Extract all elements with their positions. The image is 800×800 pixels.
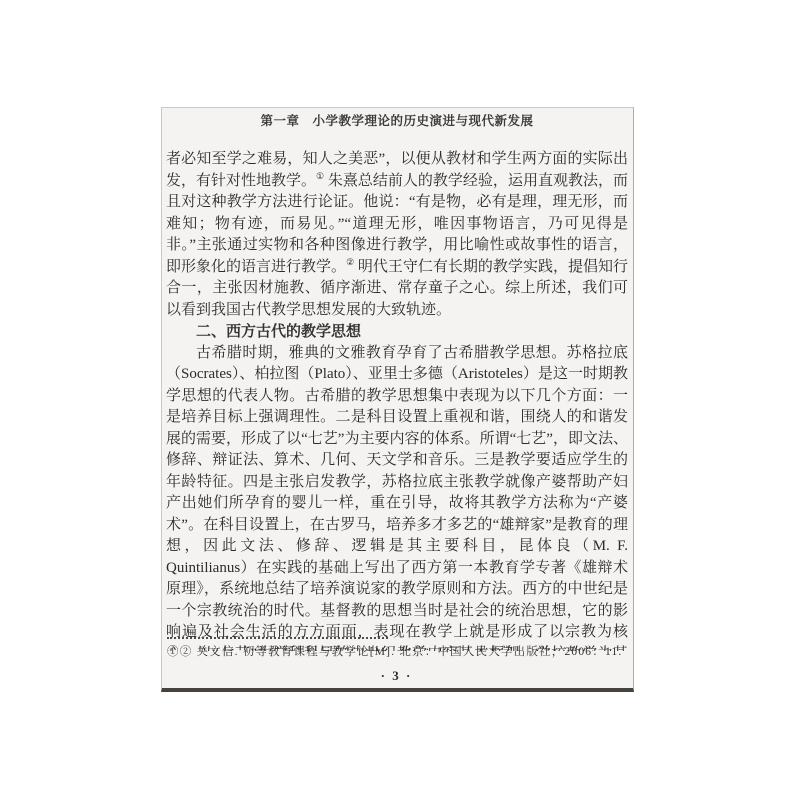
screenshot-background: 第一章 小学教学理论的历史演进与现代新发展 者必知至学之难易，知人之美恶”，以便… xyxy=(0,0,800,800)
text-run: 二、西方古代的教学思想 xyxy=(196,323,361,340)
chapter-header: 第一章 小学教学理论的历史演进与现代新发展 xyxy=(166,113,628,129)
book-page-inner: 第一章 小学教学理论的历史演进与现代新发展 者必知至学之难易，知人之美恶”，以便… xyxy=(166,113,628,690)
text-content: 者必知至学之难易，知人之美恶”，以便从教材和学生两方面的实际出发，有针对性地教学… xyxy=(166,149,628,651)
chapter-label: 第一章 xyxy=(260,113,299,129)
body-paragraph: 者必知至学之难易，知人之美恶”，以便从教材和学生两方面的实际出发，有针对性地教学… xyxy=(166,149,628,321)
text-run: 古希腊时期，雅典的文雅教育孕育了古希腊教学思想。苏格拉底（Socrates）、柏… xyxy=(166,345,628,652)
page-number: · 3 · xyxy=(167,668,626,684)
footnote: ①② 关文信. 初等教育课程与教学论[M]. 北京：中国人民大学出版社，2006… xyxy=(167,645,626,659)
book-page: 第一章 小学教学理论的历史演进与现代新发展 者必知至学之难易，知人之美恶”，以便… xyxy=(161,107,634,692)
chapter-title: 小学教学理论的历史演进与现代新发展 xyxy=(313,113,534,129)
footnote-marker: ① xyxy=(316,171,324,181)
section-heading: 二、西方古代的教学思想 xyxy=(166,321,628,343)
body-paragraph: 古希腊时期，雅典的文雅教育孕育了古希腊教学思想。苏格拉底（Socrates）、柏… xyxy=(166,343,628,652)
footnote-separator xyxy=(167,637,388,639)
footnote-marker: ② xyxy=(346,257,354,267)
page-footer: ①② 关文信. 初等教育课程与教学论[M]. 北京：中国人民大学出版社，2006… xyxy=(167,637,626,684)
